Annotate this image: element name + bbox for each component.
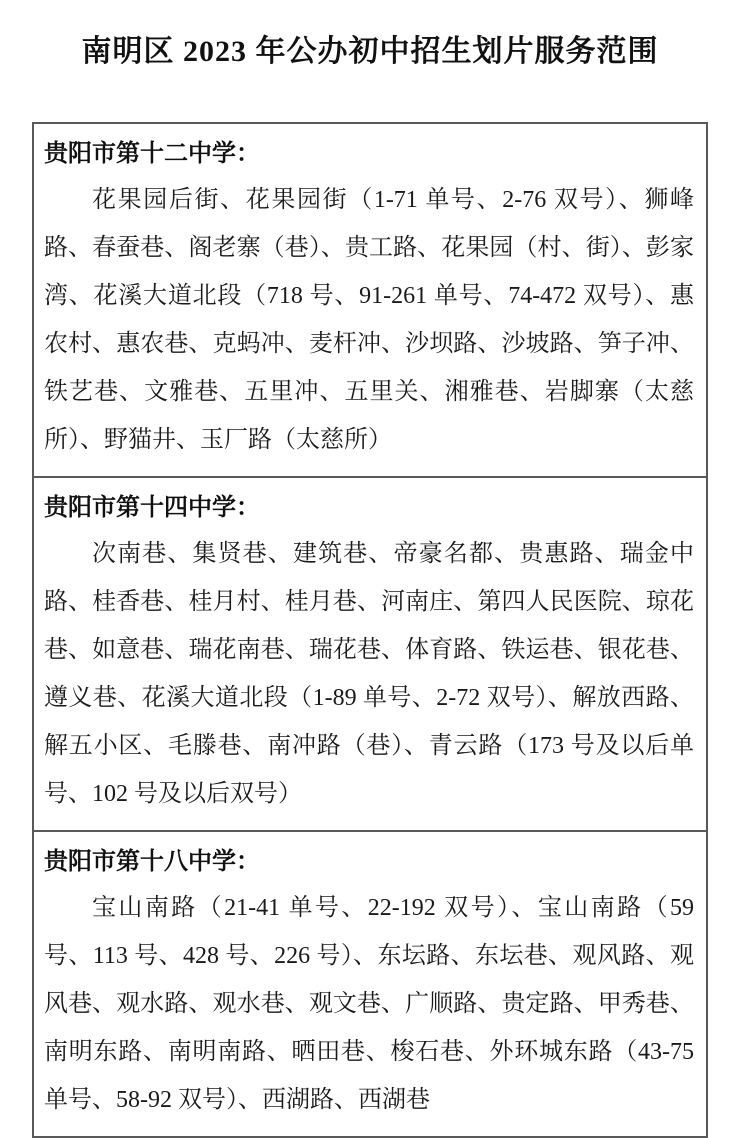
zone-row-school-18: 贵阳市第十八中学： 宝山南路（21-41 单号、22-192 双号）、宝山南路（… (34, 830, 706, 1136)
zone-row-school-12: 贵阳市第十二中学： 花果园后街、花果园街（1-71 单号、2-76 双号）、狮峰… (34, 124, 706, 476)
page-title: 南明区 2023 年公办初中招生划片服务范围 (0, 0, 740, 70)
school-name: 贵阳市第十四中学： (44, 486, 694, 530)
zone-row-school-14: 贵阳市第十四中学： 次南巷、集贤巷、建筑巷、帝豪名都、贵惠路、瑞金中路、桂香巷、… (34, 476, 706, 830)
school-name: 贵阳市第十八中学： (44, 840, 694, 884)
street-list: 宝山南路（21-41 单号、22-192 双号）、宝山南路（59 号、113 号… (44, 884, 694, 1124)
street-list: 花果园后街、花果园街（1-71 单号、2-76 双号）、狮峰路、春蚕巷、阁老寨（… (44, 176, 694, 464)
zone-table: 贵阳市第十二中学： 花果园后街、花果园街（1-71 单号、2-76 双号）、狮峰… (32, 122, 708, 1138)
school-name: 贵阳市第十二中学： (44, 132, 694, 176)
street-list: 次南巷、集贤巷、建筑巷、帝豪名都、贵惠路、瑞金中路、桂香巷、桂月村、桂月巷、河南… (44, 530, 694, 818)
